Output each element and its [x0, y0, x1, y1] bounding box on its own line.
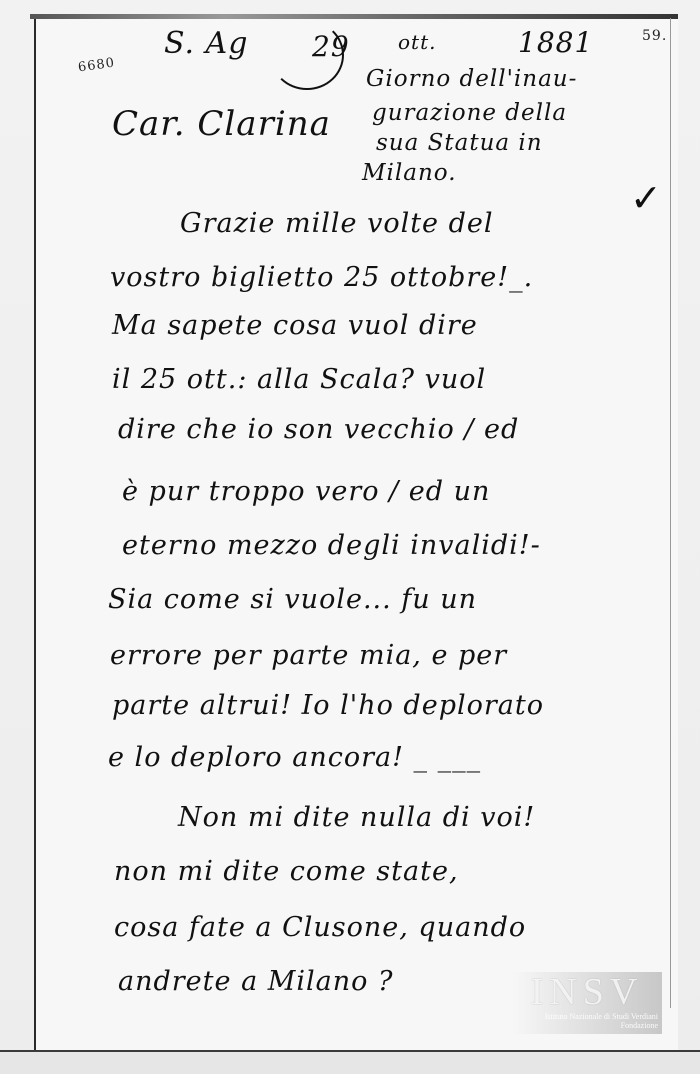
occasion-note-line-4: Milano.: [362, 160, 457, 186]
check-mark-icon: ✓: [630, 176, 670, 216]
body-line-9: errore per parte mia, e per: [110, 640, 507, 671]
page-number: 59.: [642, 28, 667, 44]
watermark-logo: INSV: [512, 972, 662, 1012]
body-line-1: Grazie mille volte del: [180, 208, 494, 239]
date-year: 1881: [518, 26, 593, 59]
occasion-note-line-3: sua Statua in: [376, 130, 543, 156]
date-flourish: [270, 20, 344, 90]
occasion-note-line-2: gurazione della: [372, 100, 567, 126]
date-place: S. Ag: [164, 26, 248, 61]
body-line-11: e lo deploro ancora! _ ___: [108, 742, 481, 773]
body-line-2: vostro biglietto 25 ottobre!_.: [110, 262, 533, 293]
body-line-12: Non mi dite nulla di voi!: [178, 802, 535, 833]
date-month: ott.: [398, 30, 436, 54]
salutation: Car. Clarina: [112, 104, 331, 144]
watermark-foundation: Fondazione: [512, 1021, 662, 1030]
body-line-3: Ma sapete cosa vuol dire: [112, 310, 478, 341]
body-line-14: cosa fate a Clusone, quando: [114, 912, 526, 943]
scan-bottom-edge: [0, 1050, 700, 1074]
page-top-edge: [30, 14, 678, 19]
body-line-6: è pur troppo vero / ed un: [122, 476, 490, 507]
body-line-15: andrete a Milano ?: [118, 966, 393, 997]
watermark-institution: Istituto Nazionale di Studi Verdiani: [512, 1012, 662, 1021]
occasion-note-line-1: Giorno dell'inau-: [366, 66, 577, 92]
body-line-5: dire che io son vecchio / ed: [118, 414, 519, 445]
body-line-4: il 25 ott.: alla Scala? vuol: [112, 364, 486, 395]
body-line-13: non mi dite come state,: [114, 856, 459, 887]
body-line-10: parte altrui! Io l'ho deplorato: [112, 690, 544, 721]
body-line-7: eterno mezzo degli invalidi!-: [122, 530, 541, 561]
page-right-edge: [670, 18, 671, 1008]
insv-watermark: INSV Istituto Nazionale di Studi Verdian…: [512, 972, 662, 1034]
body-line-8: Sia come si vuole... fu un: [108, 584, 477, 615]
